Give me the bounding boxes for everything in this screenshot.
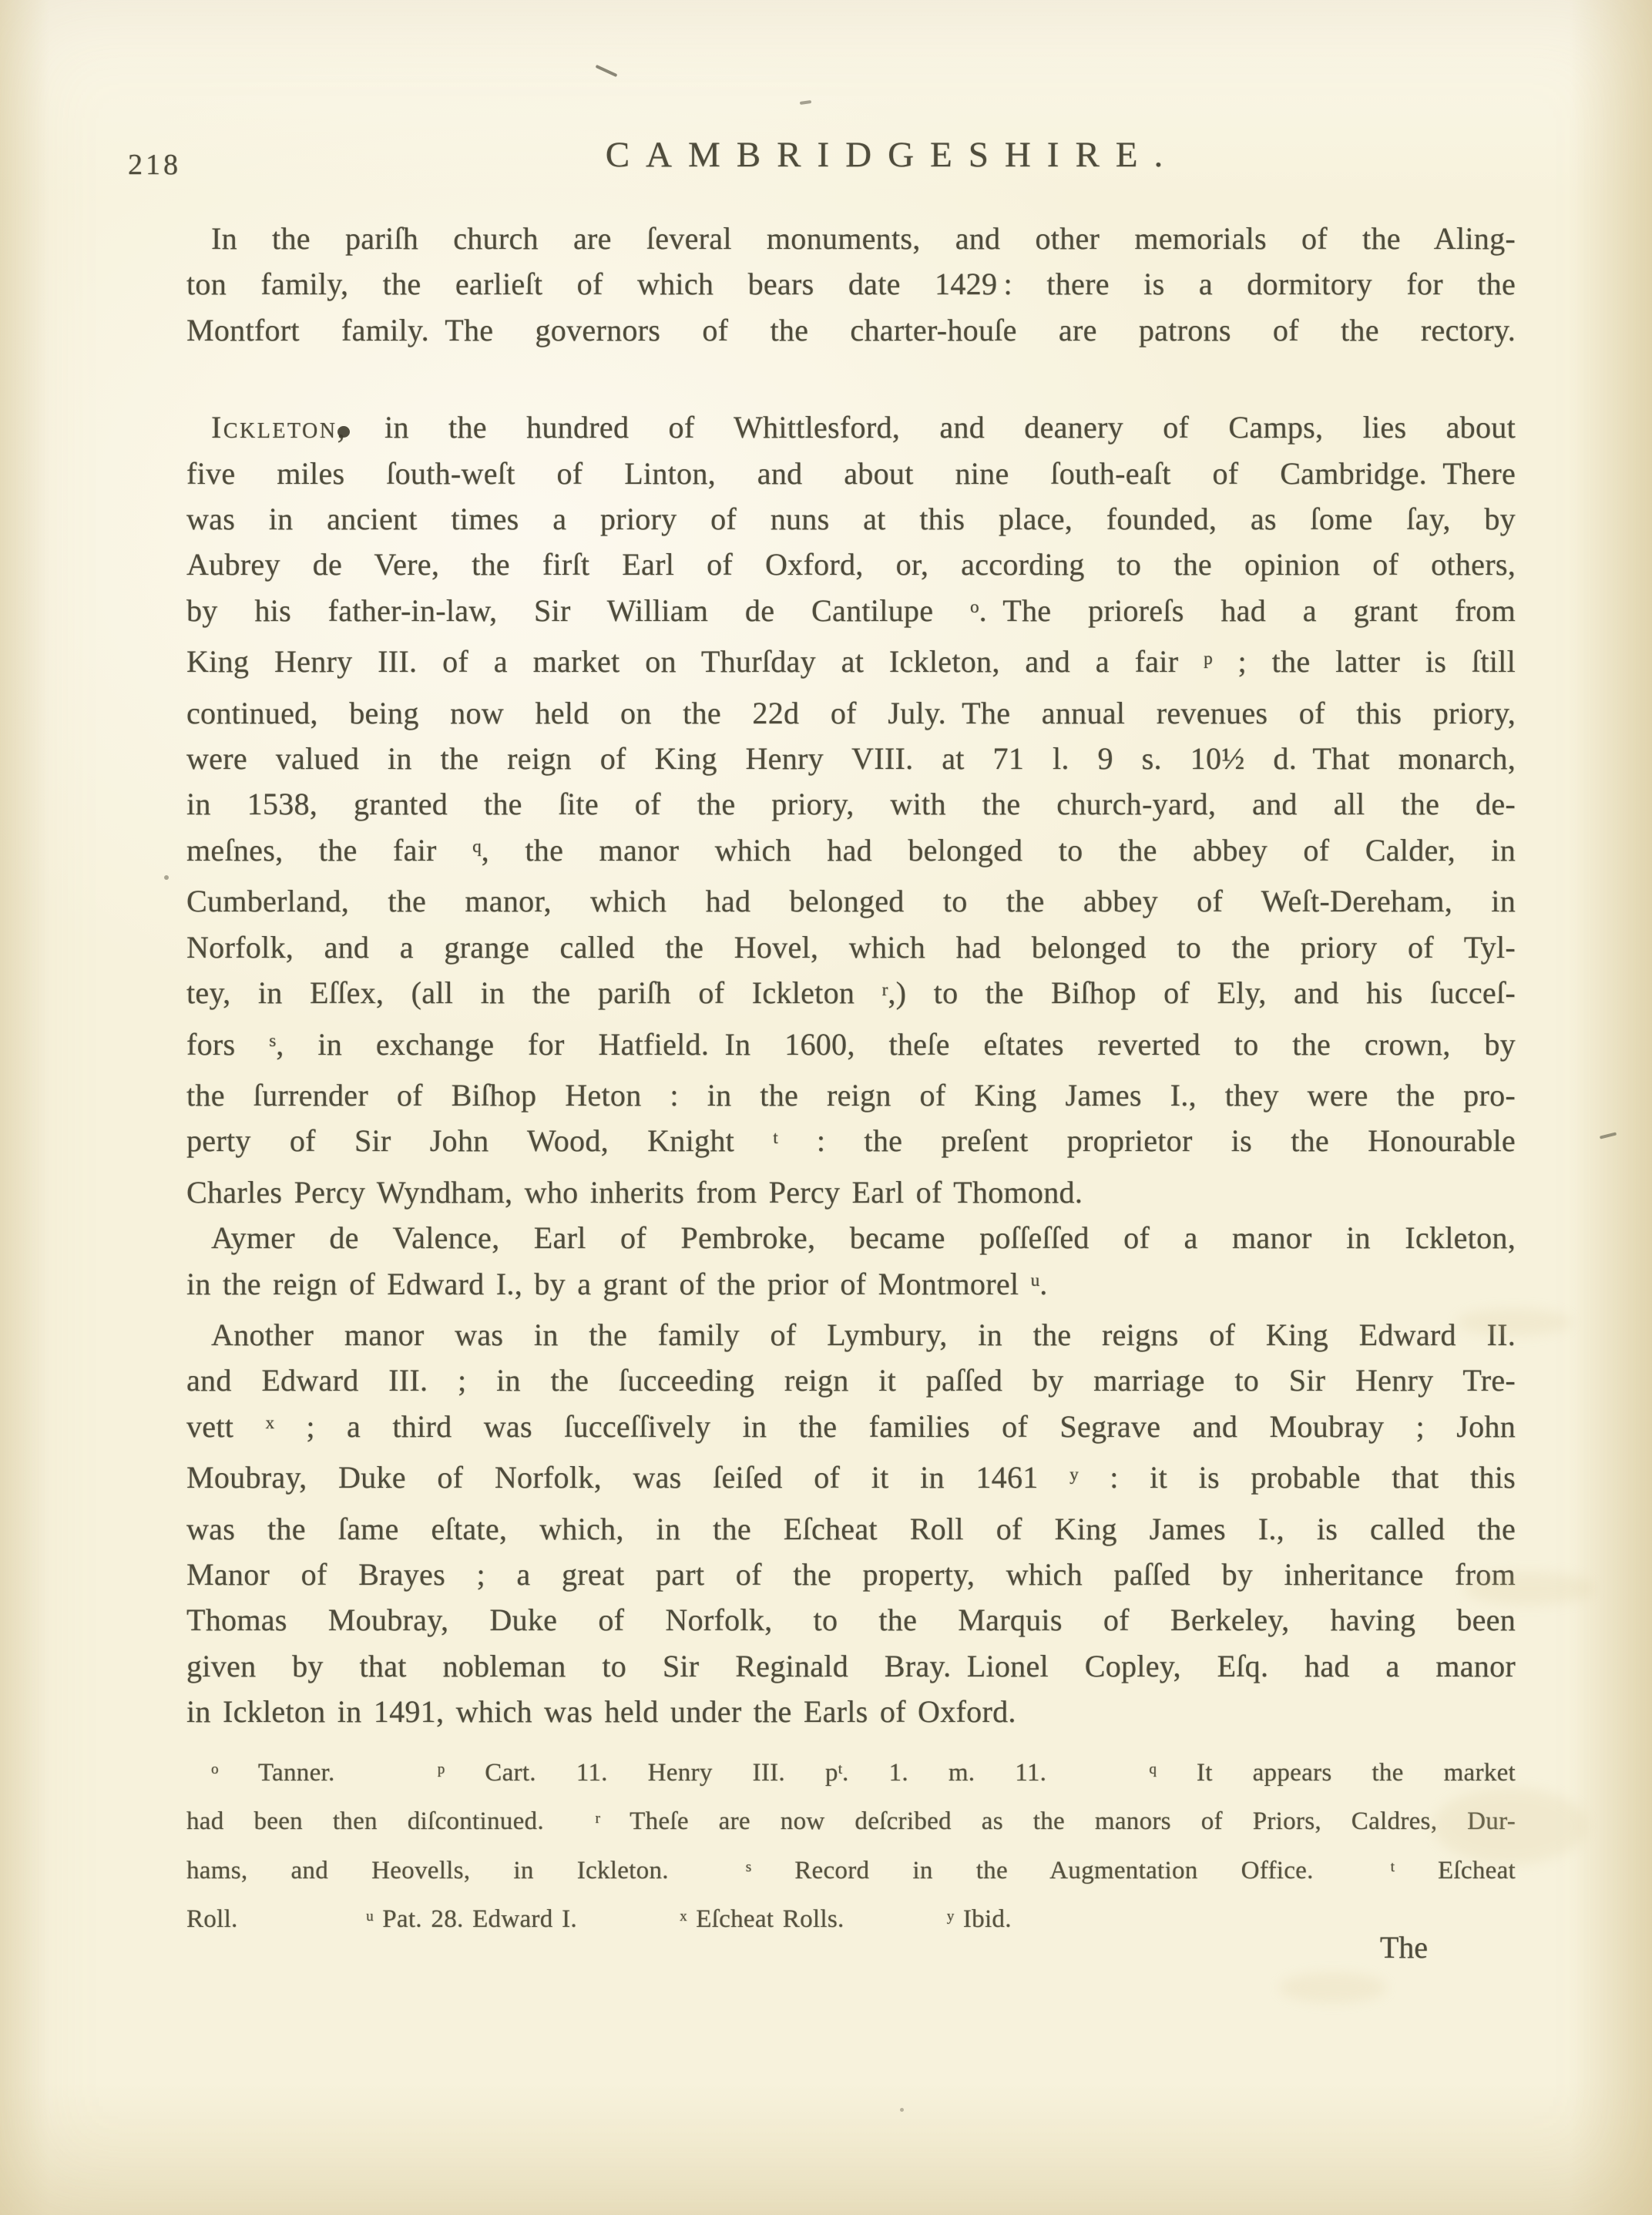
scanned-page: 218 CAMBRIDGESHIRE. In the pariſh church… — [0, 0, 1652, 2215]
page-showthrough — [1279, 1972, 1387, 2003]
paragraph: In the pariſh church are ſeveral monumen… — [186, 216, 1516, 353]
ink-mark — [596, 65, 618, 77]
text-line: tey, in Eſſex, (all in the pariſh of Ick… — [186, 970, 1516, 1021]
text-line: continued, being now held on the 22d of … — [186, 690, 1516, 736]
footnote-marker: x — [265, 1413, 274, 1433]
footnote-marker: s — [269, 1031, 276, 1051]
footnote-marker: q — [472, 837, 482, 857]
text-line: perty of Sir John Wood, Knight t : the p… — [186, 1118, 1516, 1169]
text-line: the ſurrender of Biſhop Heton : in the r… — [186, 1072, 1516, 1118]
text-line: vett x ; a third was ſucceſſively in the… — [186, 1404, 1516, 1455]
text-line: was in ancient times a priory of nuns at… — [186, 496, 1516, 542]
paragraph: Aymer de Valence, Earl of Pembroke, beca… — [186, 1215, 1516, 1312]
body-text: In the pariſh church are ſeveral monumen… — [186, 216, 1516, 1735]
text-line: was the ſame eſtate, which, in the Eſche… — [186, 1506, 1516, 1552]
text-line: five miles ſouth-weſt of Linton, and abo… — [186, 451, 1516, 496]
text-line: King Henry III. of a market on Thurſday … — [186, 639, 1516, 690]
text-line: ton family, the earlieſt of which bears … — [186, 261, 1516, 307]
text-line: were valued in the reign of King Henry V… — [186, 736, 1516, 781]
text-line: Aubrey de Vere, the firſt Earl of Oxford… — [186, 542, 1516, 587]
footnote-marker: s — [746, 1859, 751, 1875]
small-caps-word: Ickleton — [211, 410, 337, 445]
text-line: Norfolk, and a grange called the Hovel, … — [186, 925, 1516, 970]
text-line: Thomas Moubray, Duke of Norfolk, to the … — [186, 1597, 1516, 1643]
ink-blot — [337, 426, 350, 438]
text-line: Montfort family. The governors of the ch… — [186, 307, 1516, 353]
text-line: Roll. u Pat. 28. Edward I. x Eſcheat Rol… — [186, 1897, 1516, 1945]
footnote-marker: t — [838, 1761, 842, 1777]
footnote-marker: t — [773, 1128, 777, 1148]
text-line: fors s, in exchange for Hatfield. In 160… — [186, 1022, 1516, 1072]
footnote-marker: t — [1391, 1859, 1395, 1875]
text-line: meſnes, the fair q, the manor which had … — [186, 827, 1516, 878]
paragraph: Ickleton, in the hundred of Whittlesford… — [186, 404, 1516, 1215]
text-line: Another manor was in the family of Lymbu… — [186, 1312, 1516, 1358]
ink-speck — [900, 2108, 904, 2112]
text-line: and Edward III. ; in the ſucceeding reig… — [186, 1358, 1516, 1403]
footnote-marker: x — [680, 1908, 687, 1925]
page-showthrough — [1433, 1787, 1587, 1864]
footnote-marker: q — [1149, 1761, 1157, 1777]
text-line: In the pariſh church are ſeveral monumen… — [186, 216, 1516, 261]
text-line: given by that nobleman to Sir Reginald B… — [186, 1643, 1516, 1689]
text-line: in 1538, granted the ſite of the priory,… — [186, 781, 1516, 827]
page-showthrough — [1464, 1572, 1595, 1606]
footnote-marker: r — [595, 1811, 599, 1827]
footnote-marker: p — [438, 1761, 445, 1777]
text-line: Cumberland, the manor, which had belonge… — [186, 878, 1516, 924]
running-header: CAMBRIDGESHIRE. — [0, 134, 1652, 176]
footnote-marker: r — [882, 980, 888, 1000]
text-line: Manor of Brayes ; a great part of the pr… — [186, 1552, 1516, 1597]
ink-mark — [1600, 1132, 1617, 1139]
footnote-marker: y — [1069, 1465, 1079, 1485]
footnotes: o Tanner. p Cart. 11. Henry III. pt. 1. … — [186, 1750, 1516, 1946]
page-showthrough — [1456, 1308, 1572, 1336]
text-line: by his father-in-law, Sir William de Can… — [186, 588, 1516, 639]
catchword: The — [1380, 1929, 1428, 1965]
ink-speck — [164, 875, 169, 880]
text-line: had been then diſcontinued. r Theſe are … — [186, 1799, 1516, 1848]
text-line: hams, and Heovells, in Ickleton. s Recor… — [186, 1848, 1516, 1897]
text-line: in the reign of Edward I., by a grant of… — [186, 1261, 1516, 1312]
text-line: Ickleton, in the hundred of Whittlesford… — [186, 404, 1516, 450]
footnote-marker: o — [970, 597, 979, 617]
text-line: o Tanner. p Cart. 11. Henry III. pt. 1. … — [186, 1750, 1516, 1799]
text-line: Aymer de Valence, Earl of Pembroke, beca… — [186, 1215, 1516, 1260]
paragraph: Another manor was in the family of Lymbu… — [186, 1312, 1516, 1735]
footnote-marker: p — [1204, 649, 1213, 669]
footnote-marker: u — [366, 1908, 374, 1925]
text-line: Charles Percy Wyndham, who inherits from… — [186, 1170, 1516, 1215]
text-line: in Ickleton in 1491, which was held unde… — [186, 1689, 1516, 1734]
text-line: Moubray, Duke of Norfolk, was ſeiſed of … — [186, 1455, 1516, 1505]
ink-mark — [800, 100, 811, 105]
footnote-marker: u — [1031, 1270, 1040, 1290]
footnote-marker: o — [211, 1761, 219, 1777]
footnote-marker: y — [947, 1908, 955, 1925]
